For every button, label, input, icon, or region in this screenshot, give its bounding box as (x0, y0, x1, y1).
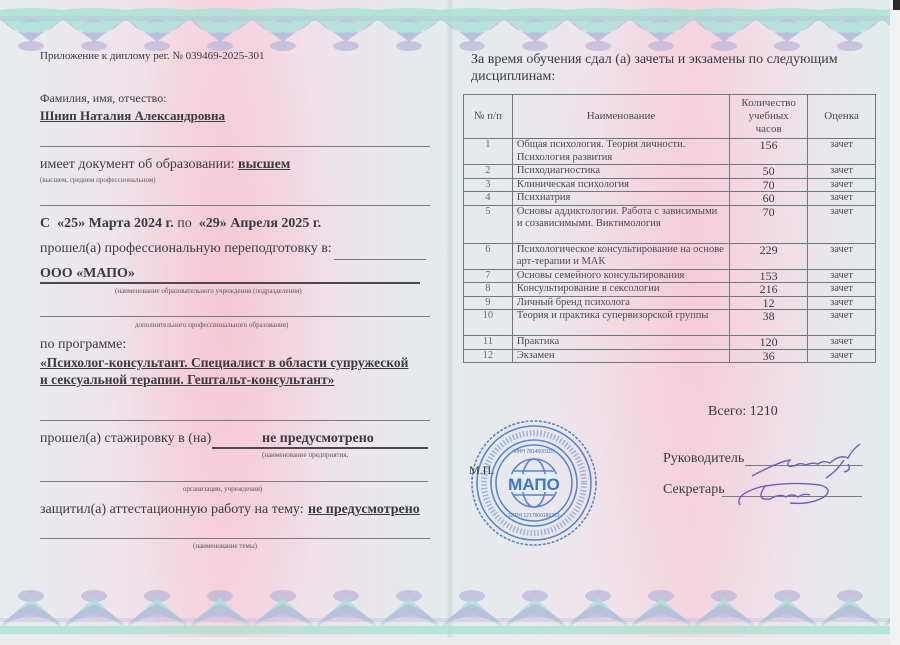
table-row: 10Теория и практика супервизорской групп… (464, 310, 876, 336)
internship-underline (212, 447, 428, 449)
secretary-label: Секретарь (663, 482, 725, 498)
program-line-2: и сексуальной терапии. Гештальт-консульт… (40, 372, 334, 388)
education-label-text: имеет документ об образовании: (40, 157, 235, 172)
row-num: 6 (464, 243, 513, 269)
thesis-label: защитил(а) аттестационную работу на тему… (40, 502, 304, 518)
subjects-table: № п/п Наименование Количество учебных ча… (463, 94, 876, 363)
education-caption: (высшем, среднем профессиональном) (40, 176, 156, 184)
institution-underline (40, 282, 420, 284)
row-hours: 120 (730, 336, 808, 350)
row-subject-name: Личный бренд психолога (512, 296, 729, 310)
internship-value: не предусмотрено (262, 431, 374, 447)
scan-bottom-edge (0, 637, 890, 645)
row-num: 4 (464, 192, 513, 206)
row-num: 12 (464, 349, 513, 363)
row-hours: 70 (730, 178, 808, 192)
row-grade: зачет (808, 296, 876, 310)
row-num: 5 (464, 205, 513, 243)
subjects-intro-line-2: дисциплинам: (471, 69, 555, 85)
fio-label: Фамилия, имя, отчество: (40, 91, 167, 106)
row-grade: зачет (808, 243, 876, 269)
table-row: 2Психодиагностика50зачет (464, 165, 876, 179)
organization-stamp: МАПО ИНН 7814600110 ОГРН 1217800189373 (462, 413, 602, 553)
row-subject-name: Основы семейного консультирования (512, 269, 729, 283)
period-prefix: С (40, 216, 50, 231)
table-row: 5Основы аддиктологии. Работа с зависимым… (464, 205, 876, 243)
row-subject-name: Общая психология. Теория личности. Психо… (512, 139, 729, 165)
row-subject-name: Клиническая психология (512, 178, 729, 192)
scan-corner-shadow (893, 0, 900, 10)
study-period: С «25» Марта 2024 г. по «29» Апреля 2025… (40, 216, 321, 232)
table-row: 1Общая психология. Теория личности. Псих… (464, 139, 876, 165)
header-hours-line-2: учебных (734, 110, 803, 123)
internship-caption-2: организации, учреждения) (183, 485, 262, 493)
row-num: 8 (464, 283, 513, 297)
period-start: «25» Марта 2024 г. (57, 216, 174, 231)
row-grade: зачет (808, 165, 876, 179)
row-hours: 229 (730, 243, 808, 269)
table-row: 7Основы семейного консультирования153зач… (464, 269, 876, 283)
row-hours: 38 (730, 310, 808, 336)
row-grade: зачет (808, 205, 876, 243)
diploma-supplement-spread: Приложение к диплому рег. № 039469-2025-… (0, 0, 900, 645)
header-num: № п/п (464, 95, 513, 139)
fio-underline (40, 146, 430, 147)
program-line-1: «Психолог-консультант. Специалист в обла… (40, 355, 408, 371)
header-name: Наименование (512, 95, 729, 139)
education-value: высшем (238, 157, 290, 172)
row-subject-name: Теория и практика супервизорской группы (512, 310, 729, 336)
row-hours: 60 (730, 192, 808, 206)
thesis-value: не предусмотрено (308, 502, 420, 518)
row-num: 2 (464, 165, 513, 179)
row-num: 7 (464, 269, 513, 283)
row-hours: 70 (730, 205, 808, 243)
institution-underline-2 (40, 316, 430, 317)
thesis-caption: (наименование темы) (193, 542, 257, 550)
row-num: 9 (464, 296, 513, 310)
row-hours: 50 (730, 165, 808, 179)
stamp-placeholder-label: М.П. (469, 463, 494, 478)
guilloche-border-bottom (0, 588, 890, 638)
table-row: 8Консультирование в сексологии216зачет (464, 283, 876, 297)
institution-value: ООО «МАПО» (40, 266, 135, 282)
header-hours-line-1: Количество (734, 97, 803, 110)
row-hours: 156 (730, 139, 808, 165)
internship-caption: (наименование предприятия, (262, 451, 348, 459)
table-row: 6Психологическое консультирование на осн… (464, 243, 876, 269)
row-subject-name: Психиатрия (512, 192, 729, 206)
secretary-signature (730, 475, 840, 513)
row-subject-name: Основы аддиктологии. Работа с зависимыми… (512, 205, 729, 243)
svg-text:ОГРН 1217800189373: ОГРН 1217800189373 (508, 513, 559, 519)
row-subject-name: Практика (512, 336, 729, 350)
header-hours: Количество учебных часов (730, 95, 808, 139)
registration-header: Приложение к диплому рег. № 039469-2025-… (40, 50, 264, 62)
period-mid: по (177, 216, 192, 231)
header-hours-line-3: часов (734, 123, 803, 136)
total-hours: Всего: 1210 (708, 404, 778, 420)
table-row: 12Экзамен36зачет (464, 349, 876, 363)
stamp-center-text: МАПО (508, 475, 560, 494)
row-grade: зачет (808, 269, 876, 283)
row-num: 1 (464, 139, 513, 165)
program-label: по программе: (40, 337, 126, 353)
row-num: 11 (464, 336, 513, 350)
period-end: «29» Апреля 2025 г. (199, 216, 321, 231)
fio-value: Шнип Наталия Александровна (40, 108, 225, 124)
row-subject-name: Психодиагностика (512, 165, 729, 179)
internship-label: прошел(а) стажировку в (на) (40, 431, 211, 447)
table-row: 3Клиническая психология70зачет (464, 178, 876, 192)
education-label: имеет документ об образовании: высшем (40, 157, 290, 173)
table-header-row: № п/п Наименование Количество учебных ча… (464, 95, 876, 139)
table-row: 9Личный бренд психолога12зачет (464, 296, 876, 310)
row-subject-name: Экзамен (512, 349, 729, 363)
row-hours: 36 (730, 349, 808, 363)
scan-right-edge (890, 0, 900, 645)
table-row: 4Психиатрия60зачет (464, 192, 876, 206)
guilloche-border-top (0, 6, 890, 52)
row-num: 3 (464, 178, 513, 192)
row-grade: зачет (808, 139, 876, 165)
institution-caption: (наименование образовательного учреждени… (115, 287, 302, 295)
institution-caption-2: дополнительного профессионального образо… (135, 321, 288, 329)
row-grade: зачет (808, 349, 876, 363)
subjects-intro-line-1: За время обучения сдал (а) зачеты и экза… (471, 52, 838, 68)
retraining-label: прошел(а) профессиональную переподготовк… (40, 241, 332, 257)
row-subject-name: Консультирование в сексологии (512, 283, 729, 297)
row-hours: 153 (730, 269, 808, 283)
row-grade: зачет (808, 283, 876, 297)
svg-text:ИНН 7814600110: ИНН 7814600110 (514, 449, 554, 455)
header-grade: Оценка (808, 95, 876, 139)
education-underline (40, 205, 430, 206)
internship-underline-2 (40, 481, 428, 482)
table-row: 11Практика120зачет (464, 336, 876, 350)
row-subject-name: Психологическое консультирование на осно… (512, 243, 729, 269)
thesis-underline (40, 538, 430, 539)
director-label: Руководитель (663, 451, 744, 467)
row-grade: зачет (808, 310, 876, 336)
retraining-underline (334, 259, 426, 260)
row-hours: 12 (730, 296, 808, 310)
row-grade: зачет (808, 192, 876, 206)
row-hours: 216 (730, 283, 808, 297)
page-fold (446, 0, 454, 645)
row-grade: зачет (808, 178, 876, 192)
row-num: 10 (464, 310, 513, 336)
row-grade: зачет (808, 336, 876, 350)
program-underline (40, 420, 430, 421)
